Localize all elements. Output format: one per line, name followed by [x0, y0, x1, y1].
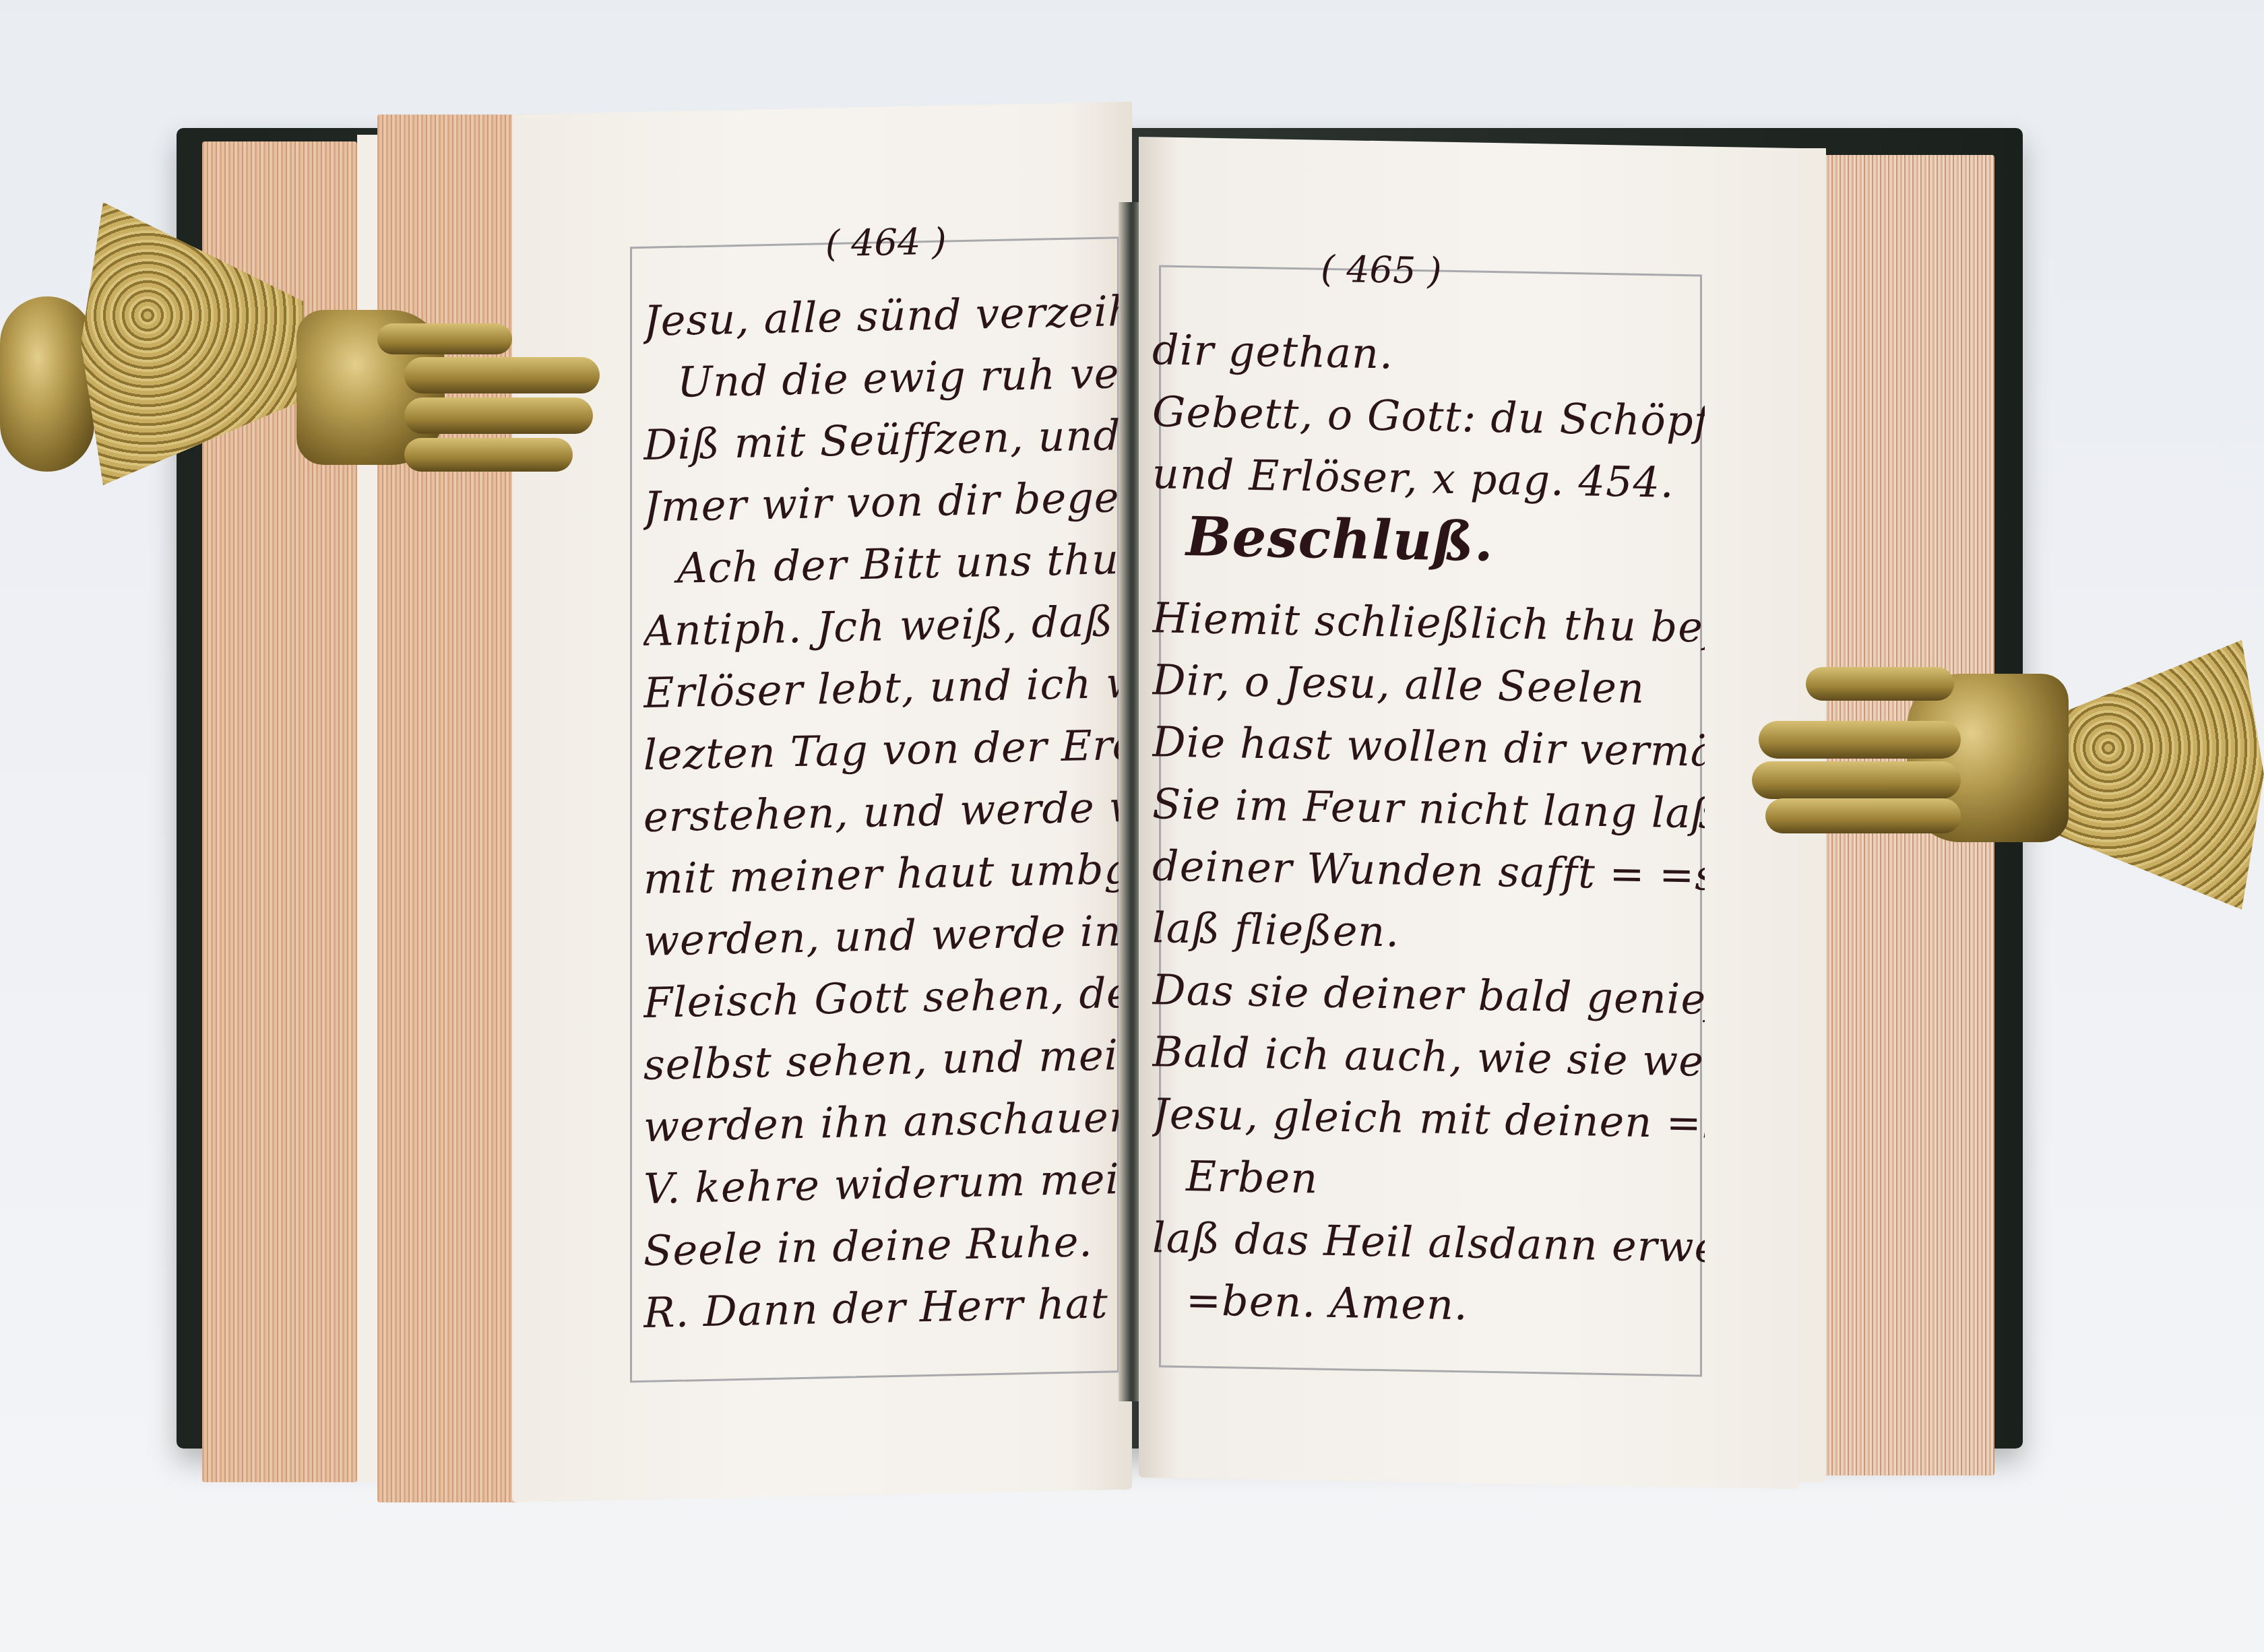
- thumb-icon: [1806, 667, 1954, 701]
- left-page-text: Jesu, alle sünd verzeihe, Und die ewig r…: [643, 280, 1129, 1344]
- text-line: Hiemit schließlich thu befehle: [1152, 587, 1705, 658]
- finger-icon: [1752, 761, 1961, 799]
- finger-icon: [1759, 721, 1961, 759]
- text-line: laß fließen.: [1152, 897, 1705, 968]
- text-line: Gebett, o Gott: du Schöpffer: [1152, 381, 1705, 452]
- text-line: V. kehre widerum meine: [643, 1148, 1129, 1220]
- text-line: Jmer wir von dir begehren;: [643, 466, 1129, 538]
- text-line: selbst sehen, und meine augen: [643, 1024, 1129, 1096]
- text-line: lezten Tag von der Erden auf=: [643, 714, 1129, 786]
- lace-cuff-icon: [81, 202, 303, 485]
- text-line: Fleisch Gott sehen, den werd ich: [643, 962, 1129, 1034]
- text-line: Und die ewig ruh verleihe,: [643, 342, 1129, 414]
- right-brass-hand-clip: [1738, 627, 2264, 923]
- section-heading: Beschluß.: [1152, 505, 1705, 576]
- text-line: werden ihn anschauen.: [643, 1086, 1129, 1158]
- text-line: Jesu, alle sünd verzeihe,: [643, 280, 1129, 352]
- text-line: laß das Heil alsdann erwer=: [1152, 1207, 1705, 1278]
- finger-icon: [404, 398, 593, 434]
- right-page: ( 465 ) dir gethan. Gebett, o Gott: du S…: [1139, 137, 1799, 1489]
- text-line: und Erlöser, x pag. 454.: [1152, 443, 1705, 514]
- finger-icon: [1765, 798, 1961, 833]
- text-line: Ach der Bitt uns thu gewehren: [643, 528, 1129, 600]
- text-line: Seele in deine Ruhe.: [643, 1210, 1129, 1282]
- text-line: Jesu, gleich mit deinen =ben,: [1152, 1083, 1705, 1154]
- thumb-icon: [377, 323, 512, 354]
- text-line: =ben. Amen.: [1152, 1269, 1705, 1340]
- text-line: mit meiner haut umbgeben: [643, 838, 1129, 910]
- text-line: dir gethan.: [1152, 319, 1705, 390]
- text-line: Dir, o Jesu, alle Seelen: [1152, 649, 1705, 720]
- text-line: Sie im Feur nicht lang laß büs=: [1152, 773, 1705, 844]
- text-line: werden, und werde in meinen: [643, 900, 1129, 972]
- left-page-number: ( 464 ): [825, 220, 947, 265]
- text-line: Erlöser lebt, und ich werde am: [643, 652, 1129, 724]
- text-line: Bald ich auch, wie sie werd ster=: [1152, 1021, 1705, 1092]
- clip-scroll-base-icon: [0, 296, 94, 472]
- text-line: Das sie deiner bald genießen.: [1152, 959, 1705, 1030]
- text-line: Diß mit Seüffzen, und mit zähren: [643, 404, 1129, 476]
- text-line: Erben: [1152, 1145, 1705, 1216]
- right-page-number: ( 465 ): [1321, 248, 1442, 292]
- right-page-text: dir gethan. Gebett, o Gott: du Schöpffer…: [1152, 319, 1705, 1340]
- finger-icon: [404, 438, 573, 472]
- text-line: deiner Wunden safft = =sen,: [1152, 835, 1705, 906]
- finger-icon: [404, 357, 600, 393]
- text-line: Antiph. Jch weiß, daß mein: [643, 590, 1129, 662]
- lace-cuff-icon: [2042, 640, 2264, 910]
- text-line: R. Dann der Herr hat wol ge: [643, 1272, 1129, 1344]
- text-line: Die hast wollen dir vermähle: [1152, 711, 1705, 782]
- text-line: erstehen, und werde widerum: [643, 776, 1129, 848]
- left-brass-hand-clip: [0, 189, 606, 539]
